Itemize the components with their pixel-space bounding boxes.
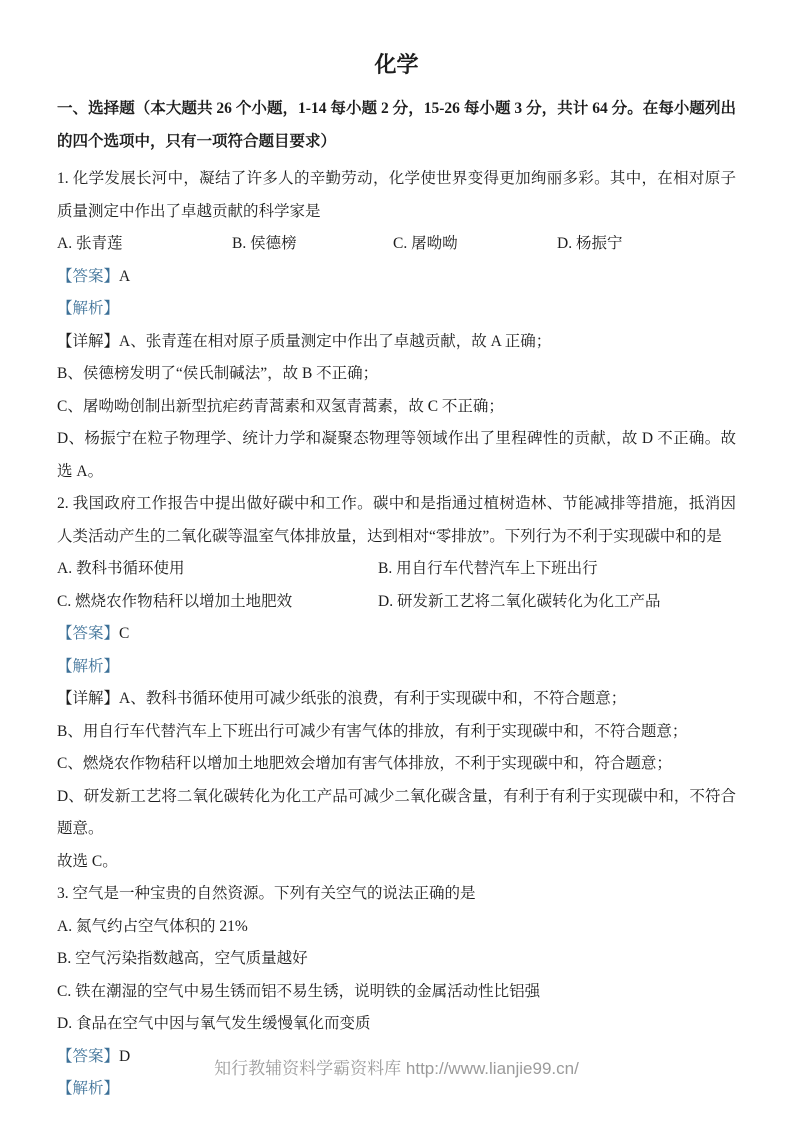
answer-line: 【答案】C (57, 618, 736, 651)
explanation-line: C、屠呦呦创制出新型抗疟药青蒿素和双氢青蒿素，故 C 不正确； (57, 391, 736, 424)
explanation-line: D、研发新工艺将二氧化碳转化为化工产品可减少二氧化碳含量，有利于有利于实现碳中和… (57, 781, 736, 846)
option-d: D. 食品在空气中因与氧气发生缓慢氧化而变质 (57, 1008, 736, 1041)
explanation-line: 【详解】A、张青莲在相对原子质量测定中作出了卓越贡献，故 A 正确； (57, 326, 736, 359)
question-2-options-row-2: C. 燃烧农作物秸秆以增加土地肥效 D. 研发新工艺将二氧化碳转化为化工产品 (57, 586, 736, 619)
analysis-label: 【解析】 (57, 651, 736, 684)
answer-value: A (119, 268, 130, 285)
explanation-line: B、侯德榜发明了“侯氏制碱法”，故 B 不正确； (57, 358, 736, 391)
option-a: A. 教科书循环使用 (57, 553, 378, 586)
answer-value: C (119, 625, 129, 642)
option-d: D. 杨振宁 (557, 228, 736, 261)
analysis-label: 【解析】 (57, 293, 736, 326)
option-b: B. 空气污染指数越高，空气质量越好 (57, 943, 736, 976)
question-block-2: 2. 我国政府工作报告中提出做好碳中和工作。碳中和是指通过植树造林、节能减排等措… (57, 488, 736, 878)
question-2-options-row-1: A. 教科书循环使用 B. 用自行车代替汽车上下班出行 (57, 553, 736, 586)
explanation-line: 故选 C。 (57, 846, 736, 879)
option-b: B. 侯德榜 (232, 228, 393, 261)
option-a: A. 氮气约占空气体积的 21% (57, 911, 736, 944)
answer-line: 【答案】A (57, 261, 736, 294)
question-block-1: 1. 化学发展长河中，凝结了许多人的辛勤劳动，化学使世界变得更加绚丽多彩。其中，… (57, 163, 736, 488)
explanation-line: D、杨振宁在粒子物理学、统计力学和凝聚态物理等领域作出了里程碑性的贡献，故 D … (57, 423, 736, 488)
option-c: C. 屠呦呦 (393, 228, 557, 261)
question-1-options: A. 张青莲 B. 侯德榜 C. 屠呦呦 D. 杨振宁 (57, 228, 736, 261)
answer-label: 【答案】 (57, 625, 119, 642)
option-a: A. 张青莲 (57, 228, 232, 261)
explanation-line: B、用自行车代替汽车上下班出行可减少有害气体的排放，有利于实现碳中和，不符合题意… (57, 716, 736, 749)
section-header: 一、选择题（本大题共 26 个小题，1-14 每小题 2 分，15-26 每小题… (57, 93, 736, 158)
option-c: C. 燃烧农作物秸秆以增加土地肥效 (57, 586, 378, 619)
option-d: D. 研发新工艺将二氧化碳转化为化工产品 (378, 586, 736, 619)
explanation-line: C、燃烧农作物秸秆以增加土地肥效会增加有害气体排放，不利于实现碳中和，符合题意； (57, 748, 736, 781)
document-body: 一、选择题（本大题共 26 个小题，1-14 每小题 2 分，15-26 每小题… (0, 80, 793, 1106)
question-2-stem: 2. 我国政府工作报告中提出做好碳中和工作。碳中和是指通过植树造林、节能减排等措… (57, 488, 736, 553)
page-title: 化学 (0, 0, 793, 80)
question-1-stem: 1. 化学发展长河中，凝结了许多人的辛勤劳动，化学使世界变得更加绚丽多彩。其中，… (57, 163, 736, 228)
explanation-line: 【详解】A、教科书循环使用可减少纸张的浪费，有利于实现碳中和，不符合题意； (57, 683, 736, 716)
answer-label: 【答案】 (57, 268, 119, 285)
option-c: C. 铁在潮湿的空气中易生锈而铝不易生锈，说明铁的金属活动性比铝强 (57, 976, 736, 1009)
option-b: B. 用自行车代替汽车上下班出行 (378, 553, 736, 586)
question-3-stem: 3. 空气是一种宝贵的自然资源。下列有关空气的说法正确的是 (57, 878, 736, 911)
document-page: 化学 一、选择题（本大题共 26 个小题，1-14 每小题 2 分，15-26 … (0, 0, 793, 1122)
footer-credit: 知行教辅资料学霸资料库 http://www.lianjie99.cn/ (0, 1056, 793, 1082)
